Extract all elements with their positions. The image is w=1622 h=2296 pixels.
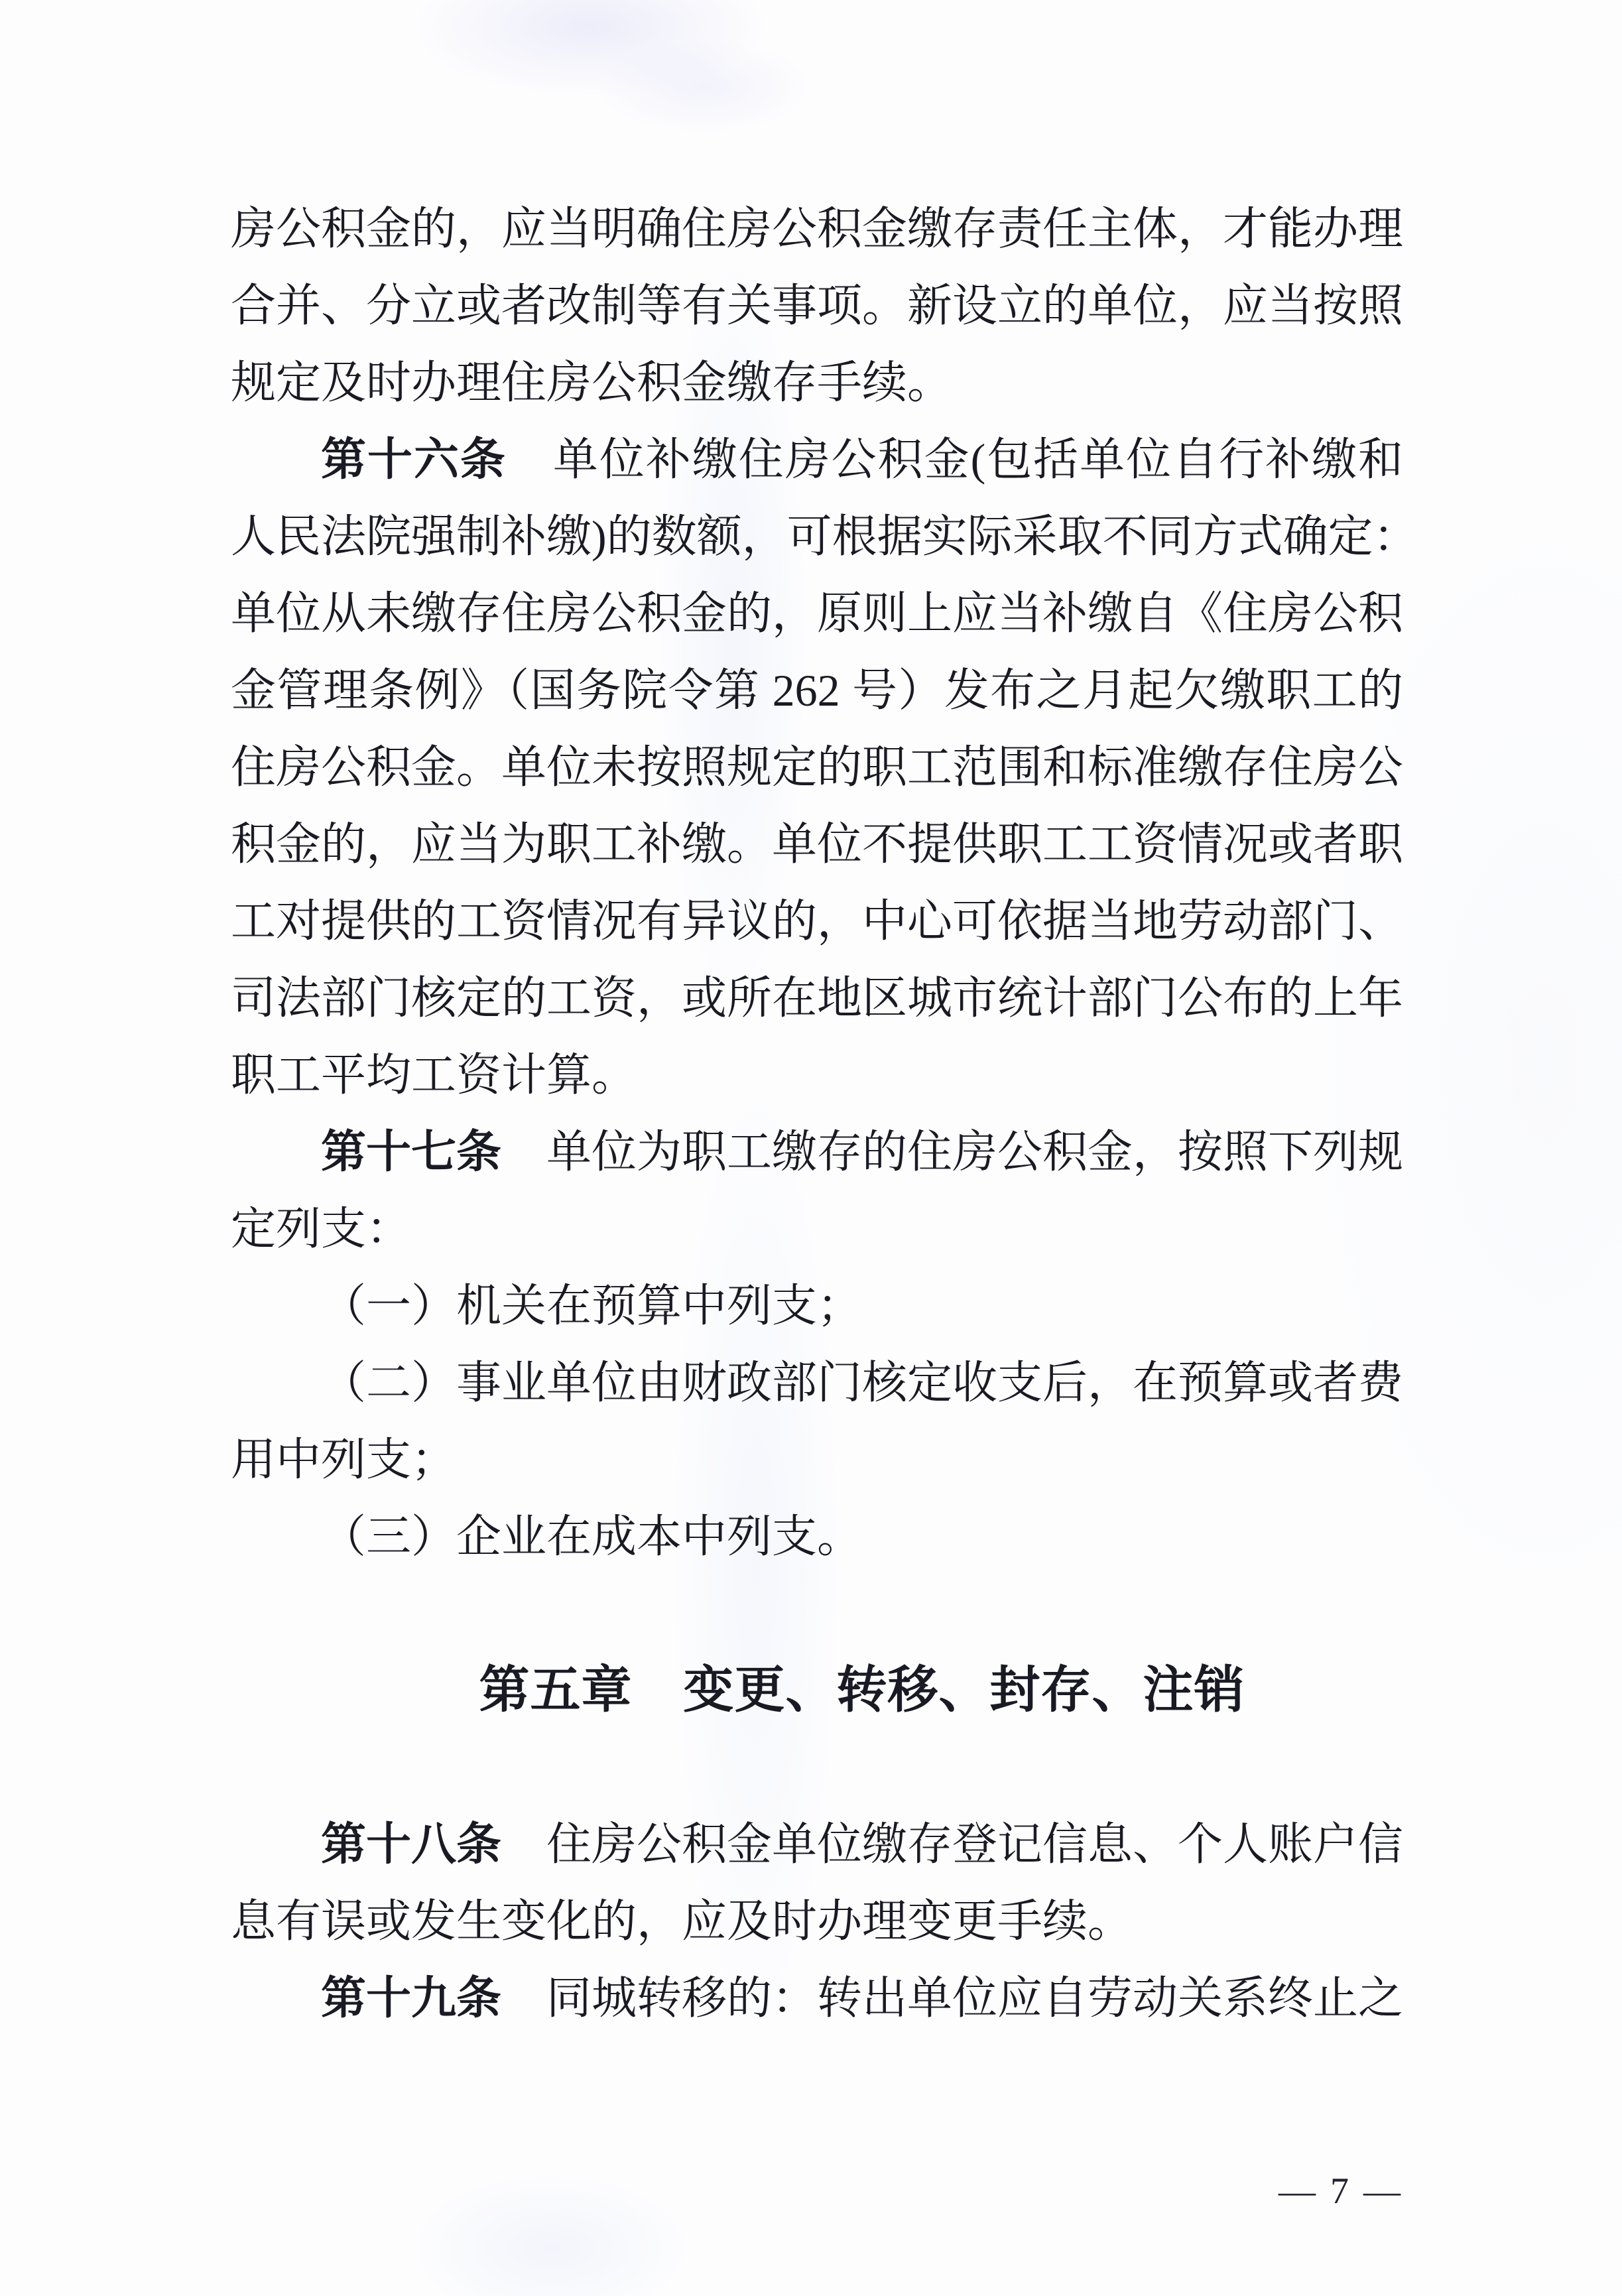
text-line: 第十九条 同城转移的：转出单位应自劳动关系终止之	[231, 1960, 1403, 2037]
line-text: 住房公积金单位缴存登记信息、个人账户信	[501, 1819, 1403, 1870]
blank-line	[231, 1729, 1403, 1806]
text-line: 息有误或发生变化的，应及时办理变更手续。	[231, 1883, 1403, 1960]
line-text: 合并、分立或者改制等有关事项。新设立的单位，应当按照	[231, 281, 1403, 331]
text-line: 工对提供的工资情况有异议的，中心可依据当地劳动部门、	[231, 883, 1403, 960]
line-text: 规定及时办理住房公积金缴存手续。	[231, 357, 952, 408]
line-text: 司法部门核定的工资，或所在地区城市统计部门公布的上年	[231, 973, 1403, 1023]
article-number: 第十八条	[321, 1819, 501, 1870]
text-line: 金管理条例》（国务院令第 262 号）发布之月起欠缴职工的	[231, 652, 1403, 729]
line-text: 房公积金的，应当明确住房公积金缴存责任主体，才能办理	[231, 204, 1403, 254]
line-text: 单位为职工缴存的住房公积金，按照下列规	[501, 1127, 1403, 1177]
line-text: （三）企业在成本中列支。	[321, 1511, 862, 1562]
text-line: 单位从未缴存住房公积金的，原则上应当补缴自《住房公积	[231, 575, 1403, 652]
line-text: 用中列支；	[231, 1435, 456, 1485]
blank-line	[231, 1575, 1403, 1652]
text-line: （二）事业单位由财政部门核定收支后，在预算或者费	[231, 1344, 1403, 1421]
text-line: 第十六条 单位补缴住房公积金(包括单位自行补缴和	[231, 421, 1403, 498]
text-line: 积金的，应当为职工补缴。单位不提供职工工资情况或者职	[231, 806, 1403, 883]
line-text: （一）机关在预算中列支；	[321, 1281, 862, 1331]
text-line: 合并、分立或者改制等有关事项。新设立的单位，应当按照	[231, 267, 1403, 344]
text-line: 第十七条 单位为职工缴存的住房公积金，按照下列规	[231, 1114, 1403, 1190]
document-body: 房公积金的，应当明确住房公积金缴存责任主体，才能办理合并、分立或者改制等有关事项…	[231, 190, 1403, 2037]
line-text: 单位从未缴存住房公积金的，原则上应当补缴自《住房公积	[231, 588, 1403, 639]
text-line: 人民法院强制补缴)的数额，可根据实际采取不同方式确定：	[231, 498, 1403, 575]
article-number: 第十九条	[321, 1973, 501, 2023]
line-text: 积金的，应当为职工补缴。单位不提供职工工资情况或者职	[231, 819, 1403, 869]
line-text: 工对提供的工资情况有异议的，中心可依据当地劳动部门、	[231, 896, 1403, 946]
page-number: — 7 —	[1279, 2170, 1403, 2212]
text-line: （一）机关在预算中列支；	[231, 1267, 1403, 1344]
line-text: 金管理条例》（国务院令第 262 号）发布之月起欠缴职工的	[231, 665, 1403, 716]
line-text: 同城转移的：转出单位应自劳动关系终止之	[501, 1973, 1403, 2023]
article-number: 第十六条	[321, 434, 507, 485]
line-text: 住房公积金。单位未按照规定的职工范围和标准缴存住房公	[231, 742, 1403, 793]
text-line: 用中列支；	[231, 1421, 1403, 1498]
text-line: 住房公积金。单位未按照规定的职工范围和标准缴存住房公	[231, 729, 1403, 806]
line-text: 人民法院强制补缴)的数额，可根据实际采取不同方式确定：	[231, 511, 1418, 562]
document-page: 房公积金的，应当明确住房公积金缴存责任主体，才能办理合并、分立或者改制等有关事项…	[0, 0, 1622, 2296]
line-text: 息有误或发生变化的，应及时办理变更手续。	[231, 1896, 1133, 1946]
text-line: 司法部门核定的工资，或所在地区城市统计部门公布的上年	[231, 960, 1403, 1037]
text-line: （三）企业在成本中列支。	[231, 1498, 1403, 1575]
text-line: 职工平均工资计算。	[231, 1037, 1403, 1114]
chapter-heading: 第五章 变更、转移、封存、注销	[276, 1652, 1448, 1729]
line-text: 定列支：	[231, 1204, 411, 1254]
line-text: （二）事业单位由财政部门核定收支后，在预算或者费	[321, 1358, 1403, 1408]
text-line: 第十八条 住房公积金单位缴存登记信息、个人账户信	[231, 1806, 1403, 1883]
text-line: 定列支：	[231, 1190, 1403, 1267]
text-line: 房公积金的，应当明确住房公积金缴存责任主体，才能办理	[231, 190, 1403, 267]
article-number: 第十七条	[321, 1127, 501, 1177]
line-text: 职工平均工资计算。	[231, 1050, 637, 1100]
line-text: 单位补缴住房公积金(包括单位自行补缴和	[507, 434, 1403, 485]
text-line: 规定及时办理住房公积金缴存手续。	[231, 344, 1403, 421]
